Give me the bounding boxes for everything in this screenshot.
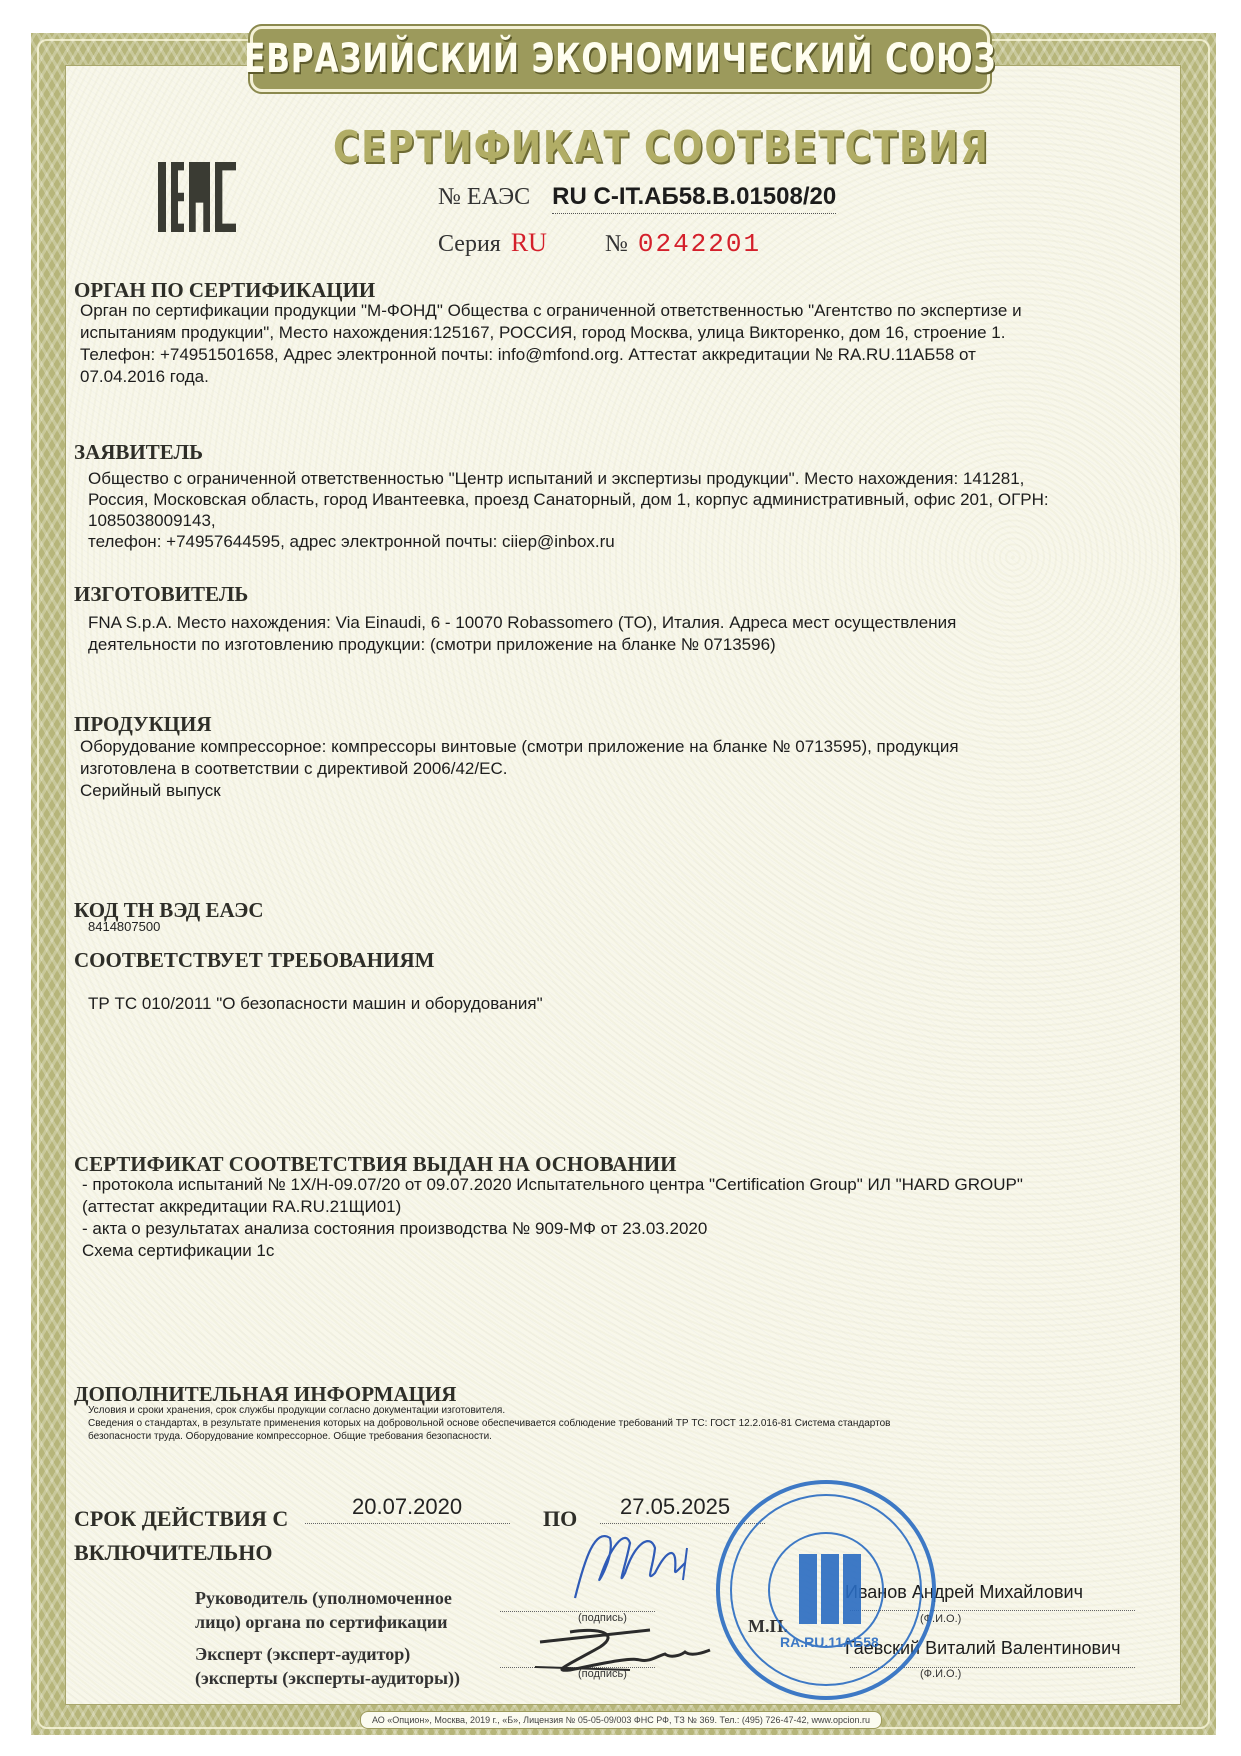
union-title: ЕВРАЗИЙСКИЙ ЭКОНОМИЧЕСКИЙ СОЮЗ — [244, 36, 996, 82]
text-line: Серийный выпуск — [80, 780, 1170, 802]
complies-text: ТР ТС 010/2011 "О безопасности машин и о… — [88, 993, 1178, 1015]
reg-number: RU C-IT.АБ58.В.01508/20 — [552, 183, 836, 214]
blank-number-label: № — [605, 231, 628, 258]
series-label: Серия — [438, 231, 501, 258]
text-line: Орган по сертификации продукции "М-ФОНД"… — [80, 300, 1170, 322]
complies-heading: СООТВЕТСТВУЕТ ТРЕБОВАНИЯМ — [74, 948, 434, 973]
applicant-text: Общество с ограниченной ответственностью… — [88, 468, 1178, 552]
manufacturer-heading: ИЗГОТОВИТЕЛЬ — [74, 582, 248, 607]
text-line: Эксперт (эксперт-аудитор) — [195, 1642, 460, 1666]
certification-stamp-icon: RA.RU.11АБ58 — [716, 1480, 936, 1700]
validity-from-date: 20.07.2020 — [352, 1494, 462, 1520]
head-label: Руководитель (уполномоченное лицо) орган… — [195, 1586, 452, 1634]
validity-inclusive-label: ВКЛЮЧИТЕЛЬНО — [74, 1540, 272, 1566]
text-line: деятельности по изготовлению продукции: … — [88, 634, 1178, 656]
text-line: Общество с ограниченной ответственностью… — [88, 468, 1178, 489]
text-line: 1085038009143, — [88, 510, 1178, 531]
stamp-eac-icon — [790, 1554, 870, 1624]
series-row: Серия RU № 0242201 — [438, 228, 761, 259]
text-line: 07.04.2016 года. — [80, 366, 1170, 388]
eac-logo-icon — [158, 162, 236, 232]
text-line: (эксперты (эксперты-аудиторы)) — [195, 1666, 460, 1690]
additional-text: Условия и сроки хранения, срок службы пр… — [88, 1404, 890, 1443]
blank-number: 0242201 — [638, 229, 761, 259]
head-signature — [555, 1518, 705, 1608]
from-date-line — [305, 1523, 510, 1524]
certificate-title: СЕРТИФИКАТ СООТВЕТСТВИЯ — [333, 122, 907, 173]
text-line: (аттестат аккредитации RA.RU.21ЩИ01) — [82, 1196, 1172, 1218]
expert-fio-caption: (Ф.И.О.) — [920, 1668, 961, 1680]
cert-body-text: Орган по сертификации продукции "М-ФОНД"… — [80, 300, 1170, 388]
basis-text: - протокола испытаний № 1Х/Н-09.07/20 от… — [82, 1174, 1172, 1262]
text-line: Условия и сроки хранения, срок службы пр… — [88, 1404, 890, 1417]
hs-code-value: 8414807500 — [88, 919, 160, 934]
text-line: Руководитель (уполномоченное — [195, 1586, 452, 1610]
text-line: изготовлена в соответствии с директивой … — [80, 758, 1170, 780]
expert-label: Эксперт (эксперт-аудитор) (эксперты (экс… — [195, 1642, 460, 1690]
validity-from-label: СРОК ДЕЙСТВИЯ С — [74, 1506, 288, 1532]
text-line: лицо) органа по сертификации — [195, 1610, 452, 1634]
union-banner: ЕВРАЗИЙСКИЙ ЭКОНОМИЧЕСКИЙ СОЮЗ — [250, 26, 990, 92]
manufacturer-text: FNA S.p.A. Место нахождения: Via Einaudi… — [88, 612, 1178, 656]
reg-label: № ЕАЭС — [438, 184, 530, 211]
registration-number-row: № ЕАЭС RU C-IT.АБ58.В.01508/20 — [438, 183, 836, 214]
text-line: Сведения о стандартах, в результате прим… — [88, 1417, 890, 1430]
applicant-heading: ЗАЯВИТЕЛЬ — [74, 440, 203, 465]
stamp-accreditation: RA.RU.11АБ58 — [780, 1634, 879, 1650]
text-line: телефон: +74957644595, адрес электронной… — [88, 531, 1178, 552]
expert-signature — [530, 1612, 720, 1677]
text-line: Телефон: +74951501658, Адрес электронной… — [80, 344, 1170, 366]
product-heading: ПРОДУКЦИЯ — [74, 712, 212, 737]
text-line: Схема сертификации 1с — [82, 1240, 1172, 1262]
text-line: - акта о результатах анализа состояния п… — [82, 1218, 1172, 1240]
text-line: Россия, Московская область, город Иванте… — [88, 489, 1178, 510]
text-line: - протокола испытаний № 1Х/Н-09.07/20 от… — [82, 1174, 1172, 1196]
text-line: FNA S.p.A. Место нахождения: Via Einaudi… — [88, 612, 1178, 634]
text-line: ТР ТС 010/2011 "О безопасности машин и о… — [88, 993, 1178, 1015]
text-line: Оборудование компрессорное: компрессоры … — [80, 736, 1170, 758]
text-line: испытаниям продукции", Место нахождения:… — [80, 322, 1170, 344]
product-text: Оборудование компрессорное: компрессоры … — [80, 736, 1170, 802]
series-value: RU — [511, 228, 547, 258]
validity-to-date: 27.05.2025 — [620, 1494, 730, 1520]
printer-footer: АО «Опцион», Москва, 2019 г., «Б», Лицен… — [360, 1711, 882, 1729]
text-line: безопасности труда. Оборудование компрес… — [88, 1430, 890, 1443]
